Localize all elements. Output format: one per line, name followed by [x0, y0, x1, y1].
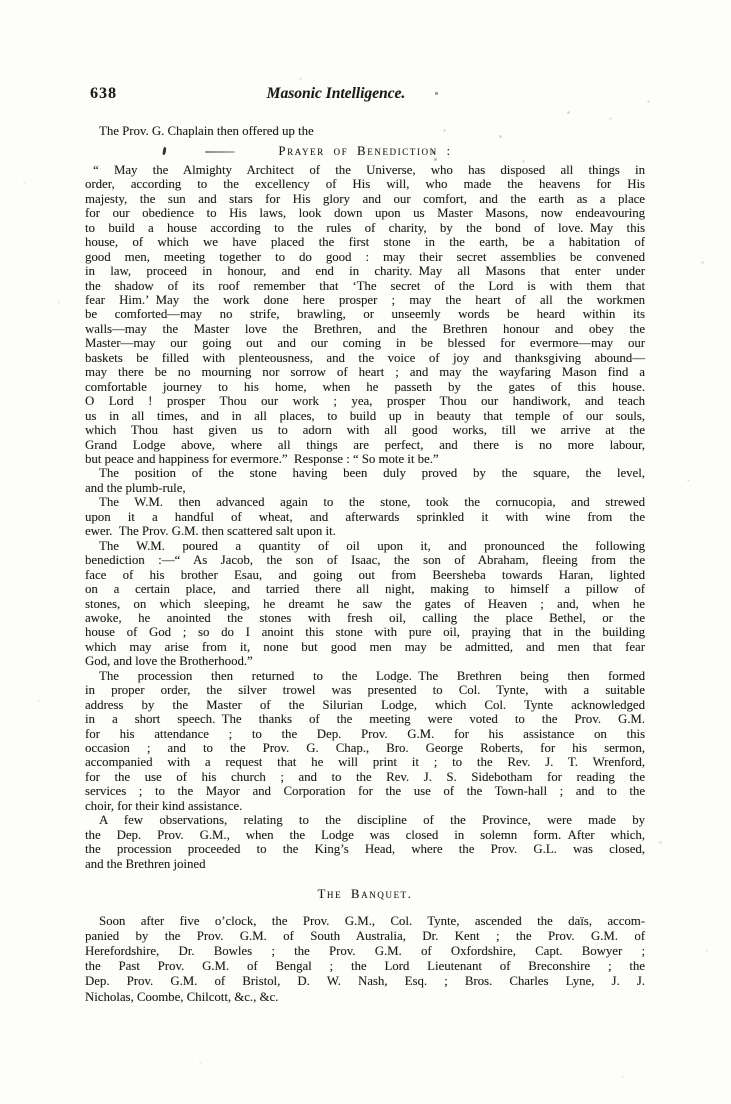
text-line: comfortable journey to his home, when he…: [85, 380, 645, 394]
section-heading-prayer: Prayer of Benediction :: [85, 144, 645, 158]
text-line: A few observations, relating to the disc…: [85, 813, 645, 827]
text-line: Master—may our going out and our coming …: [85, 336, 645, 350]
text-line: “ May the Almighty Architect of the Univ…: [85, 163, 645, 177]
text-line: majesty, the sun and stars for His glory…: [85, 192, 645, 206]
text-line: which Thou hast given us to adorn with a…: [85, 423, 645, 437]
page-header: 638 Masonic Intelligence.: [85, 85, 645, 105]
text-line: O Lord ! prosper Thou our work ; yea, pr…: [85, 394, 645, 408]
text-line: The procession then returned to the Lodg…: [85, 669, 645, 683]
paragraph: The W.M. poured a quantity of oil upon i…: [85, 539, 645, 669]
text-line: for the use of his church ; and to the R…: [85, 770, 645, 784]
text-line: to build a house according to the rules …: [85, 221, 645, 235]
paragraph: The Prov. G. Chaplain then offered up th…: [85, 124, 645, 138]
page-body: The Prov. G. Chaplain then offered up th…: [85, 124, 645, 1005]
text-line: the shadow of its roof remember that ‘Th…: [85, 279, 645, 293]
text-line: upon it a handful of wheat, and afterwar…: [85, 510, 645, 524]
text-line: for our obedience to His laws, look down…: [85, 206, 645, 220]
text-line: panied by the Prov. G.M. of South Austra…: [85, 929, 645, 944]
text-line: stones, on which sleeping, he dreamt he …: [85, 597, 645, 611]
text-line: for his attendance ; to the Dep. Prov. G…: [85, 727, 645, 741]
paragraph: “ May the Almighty Architect of the Univ…: [85, 163, 645, 467]
text-line: Dep. Prov. G.M. of Bristol, D. W. Nash, …: [85, 974, 645, 989]
text-line: Herefordshire, Dr. Bowles ; the Prov. G.…: [85, 944, 645, 959]
text-line: The Prov. G. Chaplain then offered up th…: [85, 124, 645, 138]
text-line: the procession proceeded to the King’s H…: [85, 842, 645, 856]
text-line: The W.M. then advanced again to the ston…: [85, 495, 645, 509]
text-line: and the Brethren joined: [85, 857, 645, 871]
text-line: be comforted—may no strife, brawling, or…: [85, 307, 645, 321]
text-line: God, and love the Brotherhood.”: [85, 654, 645, 668]
text-line: which may arise from it, none but good m…: [85, 640, 645, 654]
paragraph: A few observations, relating to the disc…: [85, 813, 645, 871]
text-line: the Past Prov. G.M. of Bengal ; the Lord…: [85, 959, 645, 974]
text-line: in a short speech. The thanks of the mee…: [85, 712, 645, 726]
document-page: 638 Masonic Intelligence. The Prov. G. C…: [0, 0, 731, 1104]
running-title: Masonic Intelligence.: [85, 85, 587, 103]
section-heading-banquet: The Banquet.: [85, 887, 645, 901]
text-line: awoke, he anointed the stones with fresh…: [85, 611, 645, 625]
text-line: baskets be filled with plenteousness, an…: [85, 351, 645, 365]
text-line: ewer. The Prov. G.M. then scattered salt…: [85, 524, 645, 538]
paragraph: Soon after five o’clock, the Prov. G.M.,…: [85, 914, 645, 1005]
text-line: address by the Master of the Silurian Lo…: [85, 698, 645, 712]
text-line: us in all times, and in all places, to b…: [85, 409, 645, 423]
text-line: The position of the stone having been du…: [85, 466, 645, 480]
text-line: good men, meeting together to do good : …: [85, 250, 645, 264]
text-line: choir, for their kind assistance.: [85, 799, 645, 813]
text-line: order, according to the excellency of Hi…: [85, 177, 645, 191]
paragraph: The position of the stone having been du…: [85, 466, 645, 495]
text-line: on a certain place, and tarried there al…: [85, 582, 645, 596]
text-line: and the plumb-rule,: [85, 481, 645, 495]
text-line: face of his brother Esau, and going out …: [85, 568, 645, 582]
text-line: in proper order, the silver trowel was p…: [85, 683, 645, 697]
text-line: house of God ; so do I anoint this stone…: [85, 625, 645, 639]
text-line: The W.M. poured a quantity of oil upon i…: [85, 539, 645, 553]
text-line: Grand Lodge above, where all things are …: [85, 438, 645, 452]
text-line: Soon after five o’clock, the Prov. G.M.,…: [85, 914, 645, 929]
text-line: Nicholas, Coombe, Chilcott, &c., &c.: [85, 990, 645, 1005]
text-line: fear Him.’ May the work done here prospe…: [85, 293, 645, 307]
text-line: occasion ; and to the Prov. G. Chap., Br…: [85, 741, 645, 755]
text-line: but peace and happiness for evermore.” R…: [85, 452, 645, 466]
text-line: in law, proceed in honour, and end in ch…: [85, 264, 645, 278]
paragraph: The W.M. then advanced again to the ston…: [85, 495, 645, 538]
paragraph: The procession then returned to the Lodg…: [85, 669, 645, 814]
text-line: house, of which we have placed the first…: [85, 235, 645, 249]
scan-speckles: [0, 0, 1, 1]
text-line: may there be no mourning nor sorrow of h…: [85, 365, 645, 379]
text-line: walls—may the Master love the Brethren, …: [85, 322, 645, 336]
text-line: accompanied with a request that he will …: [85, 755, 645, 769]
text-line: services ; to the Mayor and Corporation …: [85, 784, 645, 798]
text-line: the Dep. Prov. G.M., when the Lodge was …: [85, 828, 645, 842]
text-line: benediction :—“ As Jacob, the son of Isa…: [85, 553, 645, 567]
